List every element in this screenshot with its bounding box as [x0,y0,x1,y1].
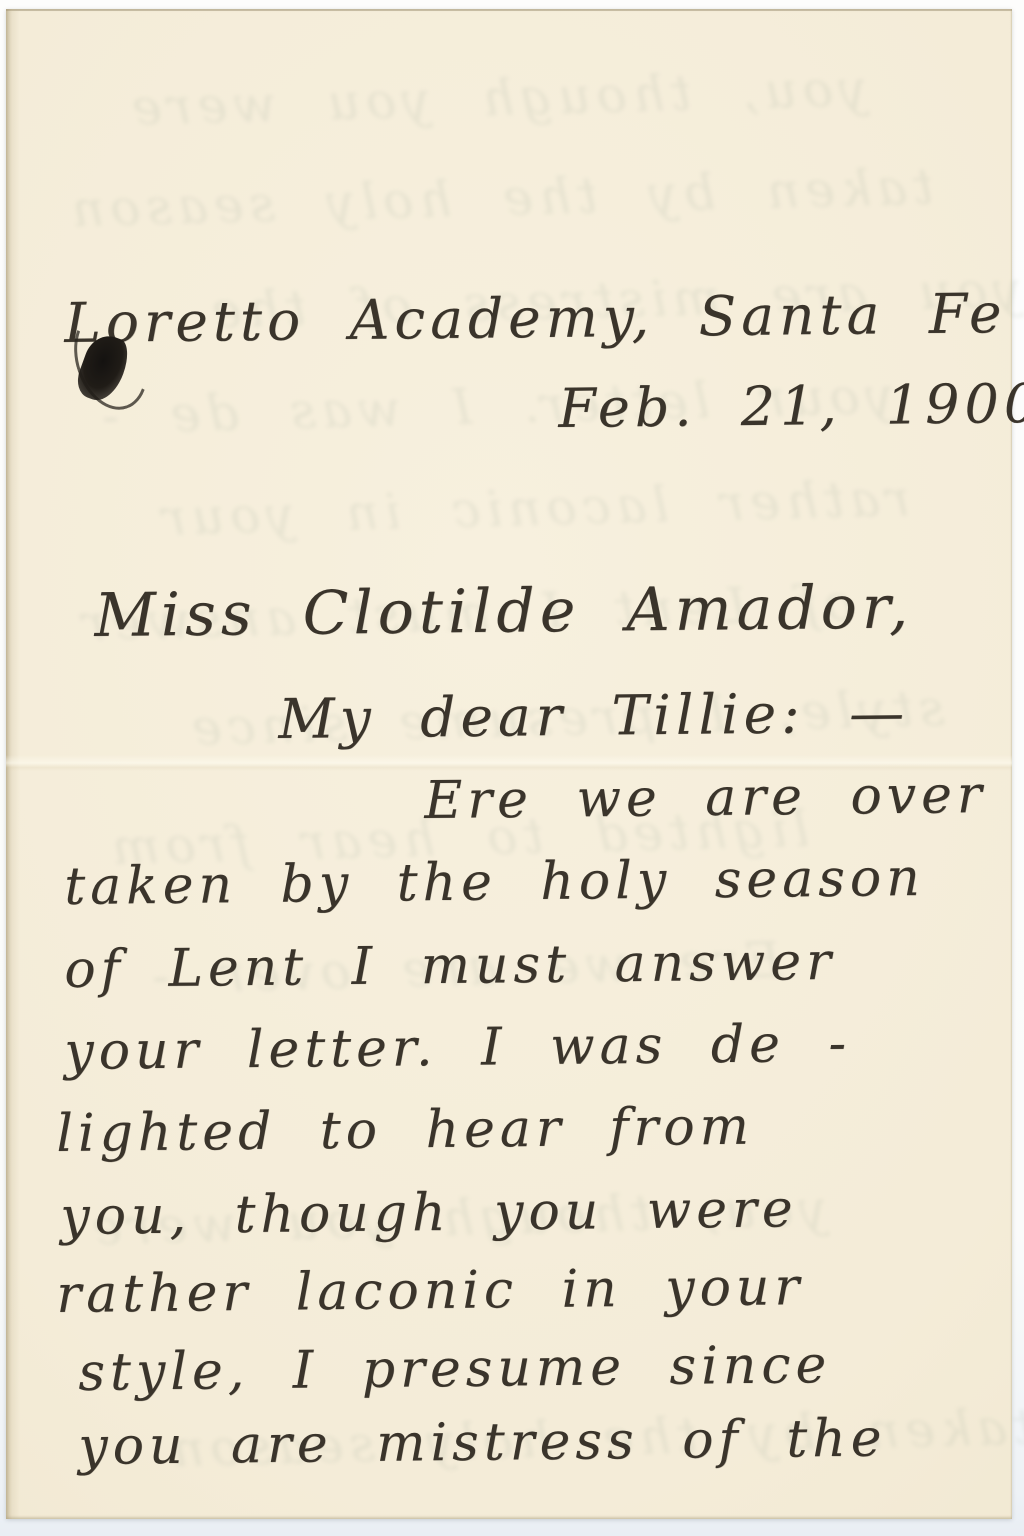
showthrough-line: you, though you were [125,59,868,136]
body-line: style, I presume since [78,1335,831,1403]
body-line: your letter. I was de - [64,1014,851,1082]
salutation-line: My dear Tillie: — [278,680,909,751]
date-line: Feb. 21, 1900. [558,372,1024,440]
recipient-line: Miss Clotilde Amador, [94,572,913,651]
body-line: taken by the holy season [64,848,925,917]
body-line: of Lent I must answer [64,932,836,1000]
body-line: lighted to hear from [56,1097,754,1164]
body-line: Ere we are over - [424,764,1024,831]
body-line: you, though you were [60,1179,798,1247]
heading-line: Loretto Academy, Santa Fe — [64,280,1024,355]
scanner-background: you, though you were taken by the holy s… [0,0,1024,1536]
body-line: rather laconic in your [56,1257,805,1325]
showthrough-line: taken by the holy season [65,158,934,239]
letter-page: you, though you were taken by the holy s… [6,9,1012,1519]
showthrough-line: rather laconic in your [155,469,910,547]
body-line: you are mistress of the [78,1409,887,1477]
